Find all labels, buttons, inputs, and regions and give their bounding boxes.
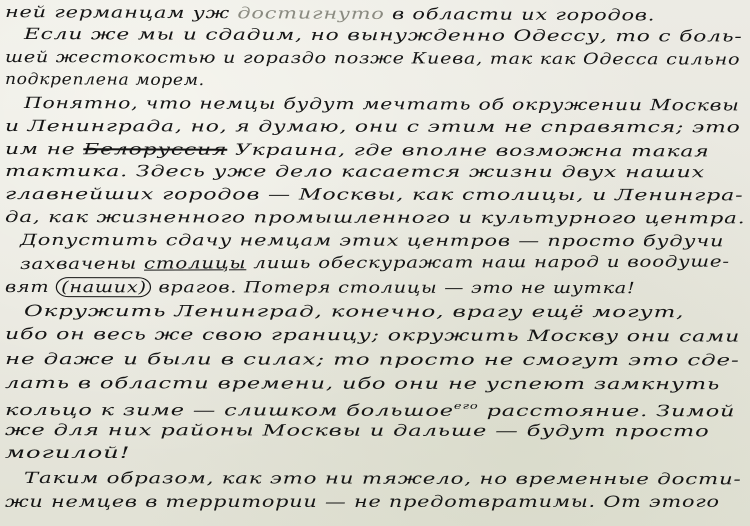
- handwritten-line: кольцо к зиме — слишком большоеего расст…: [5, 395, 735, 422]
- line-text: Окружить Ленинград, конечно, врагу ещё м…: [24, 302, 684, 321]
- line-text: жи немцев в территории — не предотвратим…: [5, 493, 720, 511]
- line-text: Понятно, что немцы будут мечтать об окру…: [24, 94, 740, 114]
- handwritten-line: же для них районы Москвы и дальше — буду…: [5, 419, 710, 442]
- line-text: ней германцам уж: [5, 3, 238, 22]
- handwritten-line: ибо он весь же свою границу; окружить Мо…: [5, 323, 740, 348]
- underlined-word: столицы: [144, 254, 246, 272]
- line-text: врагов. Потеря столицы — это не шутка!: [152, 278, 636, 297]
- line-text: главнейших городов — Москвы, как столицы…: [5, 185, 744, 204]
- line-text: Допустить сдачу немцам этих центров — пр…: [20, 231, 724, 250]
- struck-out-word: Белоруссия: [83, 140, 227, 159]
- handwritten-line: да, как жизненного промышленного и культ…: [5, 206, 745, 229]
- handwritten-line: и Ленинграда, но, я думаю, они с этим не…: [5, 115, 741, 138]
- line-text: лать в области времени, ибо они не успею…: [5, 374, 720, 393]
- handwritten-line: не даже и были в силах; то просто не смо…: [5, 348, 740, 371]
- line-text: им не: [5, 140, 83, 158]
- line-text: вят: [5, 278, 56, 296]
- line-text: лишь обескуражат наш народ и воодуше-: [246, 253, 730, 273]
- handwritten-line: главнейших городов — Москвы, как столицы…: [5, 183, 744, 206]
- line-text: Таким образом, как это ни тяжело, но вре…: [24, 469, 742, 488]
- line-text: ибо он весь же свою границу; окружить Мо…: [5, 325, 740, 346]
- line-text: тактика. Здесь уже дело касается жизни д…: [5, 162, 705, 181]
- faded-word: достигнуто: [237, 4, 384, 23]
- line-text: захвачены: [20, 255, 144, 273]
- handwritten-line: подкреплена морем.: [5, 68, 205, 91]
- handwritten-line: Допустить сдачу немцам этих центров — пр…: [20, 229, 724, 252]
- line-text: расстояние. Зимой: [479, 402, 736, 420]
- handwritten-line: жи немцев в территории — не предотвратим…: [5, 491, 720, 513]
- handwritten-line: Окружить Ленинград, конечно, врагу ещё м…: [24, 300, 684, 323]
- circled-word: (наших): [56, 277, 152, 297]
- handwritten-line: могилой!: [5, 442, 130, 464]
- superscript-insertion: его: [454, 402, 479, 412]
- line-text: да, как жизненного промышленного и культ…: [5, 208, 745, 227]
- handwritten-line: тактика. Здесь уже дело касается жизни д…: [5, 160, 705, 183]
- line-text: Если же мы и сдадим, но вынужденно Одесс…: [24, 25, 743, 46]
- line-text: и Ленинграда, но, я думаю, они с этим не…: [5, 117, 741, 136]
- handwritten-letter-page: ней германцам уж достигнуто в области их…: [0, 0, 750, 526]
- line-text: Украина, где вполне возможна такая: [227, 141, 709, 161]
- line-text: подкреплена морем.: [5, 70, 205, 89]
- handwritten-line: лать в области времени, ибо они не успею…: [5, 372, 720, 395]
- handwritten-line: Если же мы и сдадим, но вынужденно Одесс…: [24, 23, 743, 48]
- line-text: же для них районы Москвы и дальше — буду…: [5, 421, 710, 440]
- handwritten-line: шей жестокостью и гораздо позже Киева, т…: [5, 46, 740, 71]
- line-text: кольцо к зиме — слишком большое: [5, 401, 454, 420]
- handwritten-line: вят (наших) врагов. Потеря столицы — это…: [5, 276, 636, 299]
- line-text: шей жестокостью и гораздо позже Киева, т…: [5, 48, 740, 69]
- handwritten-line: захвачены столицы лишь обескуражат наш н…: [20, 251, 730, 275]
- line-text: могилой!: [5, 444, 130, 462]
- handwritten-line: Понятно, что немцы будут мечтать об окру…: [24, 92, 740, 116]
- handwritten-line: им не Белоруссия Украина, где вполне воз…: [5, 138, 710, 162]
- line-text: не даже и были в силах; то просто не смо…: [5, 350, 740, 369]
- handwritten-line: Таким образом, как это ни тяжело, но вре…: [24, 467, 742, 490]
- line-text: в области их городов.: [385, 5, 656, 24]
